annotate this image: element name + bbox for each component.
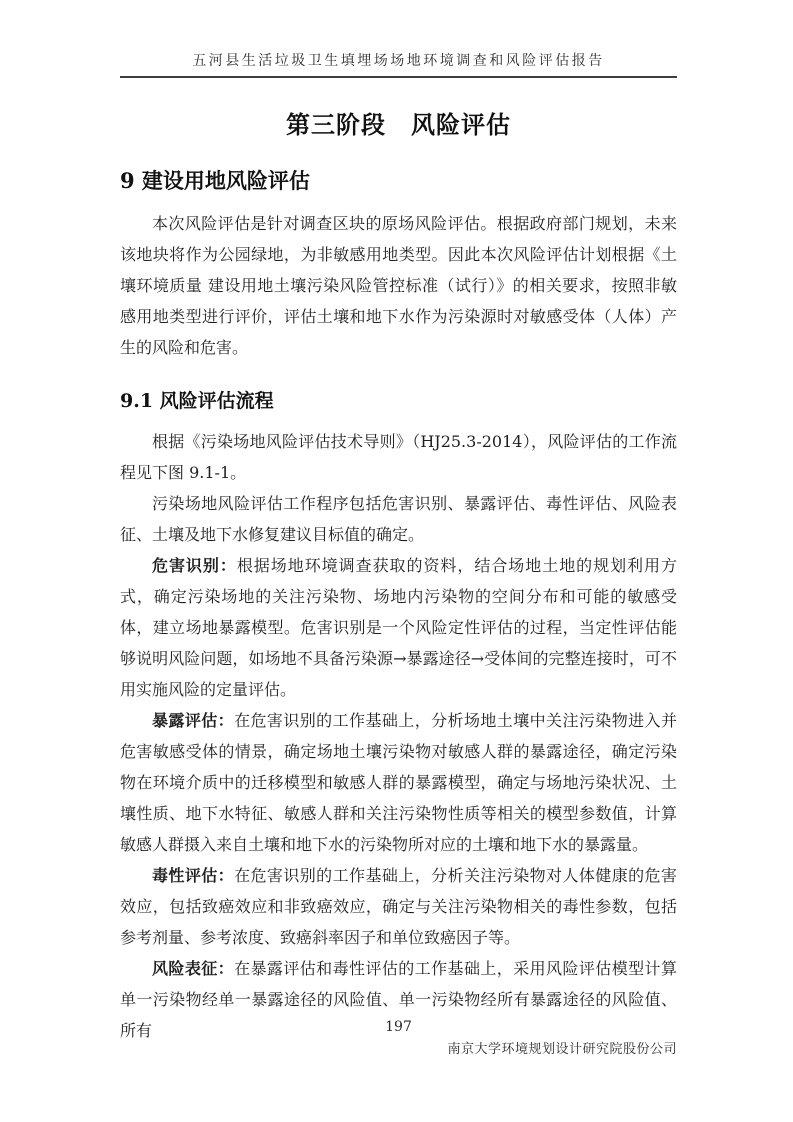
footer-company-name: 南京大学环境规划设计研究院股份公司 (120, 1038, 677, 1057)
page-content: 五河县生活垃圾卫生填埋场场地环境调查和风险评估报告 第三阶段 风险评估 9 建设… (120, 0, 677, 1046)
step-text-exposure-assessment: 在危害识别的工作基础上，分析场地土壤中关注污染物进入并危害敏感受体的情景，确定场… (120, 711, 677, 854)
header-rule (120, 76, 677, 78)
step-label-risk-characterization: 风险表征： (152, 959, 234, 978)
paragraph-program: 污染场地风险评估工作程序包括危害识别、暴露评估、毒性评估、风险表征、土壤及地下水… (120, 488, 677, 550)
paragraph-toxicity-assessment: 毒性评估：在危害识别的工作基础上，分析关注污染物对人体健康的危害效应，包括致癌效… (120, 860, 677, 953)
section-9-intro-paragraph: 本次风险评估是针对调查区块的原场风险评估。根据政府部门规划，未来该地块将作为公园… (120, 208, 677, 363)
section-9-heading: 9 建设用地风险评估 (120, 165, 677, 195)
running-header: 五河县生活垃圾卫生填埋场场地环境调查和风险评估报告 (120, 0, 677, 70)
paragraph-exposure-assessment: 暴露评估：在危害识别的工作基础上，分析场地土壤中关注污染物进入并危害敏感受体的情… (120, 705, 677, 860)
step-label-toxicity-assessment: 毒性评估： (152, 866, 234, 885)
section-9-1-heading: 9.1 风险评估流程 (120, 386, 677, 413)
step-label-hazard-identification: 危害识别： (152, 556, 237, 575)
paragraph-hazard-identification: 危害识别：根据场地环境调查获取的资料，结合场地土地的规划利用方式，确定污染场地的… (120, 550, 677, 705)
step-label-exposure-assessment: 暴露评估： (152, 711, 234, 730)
paragraph-guideline: 根据《污染场地风险评估技术导则》（HJ25.3-2014），风险评估的工作流程见… (120, 426, 677, 488)
document-page: 五河县生活垃圾卫生填埋场场地环境调查和风险评估报告 第三阶段 风险评估 9 建设… (0, 0, 793, 1122)
page-number: 197 (120, 1019, 677, 1035)
step-text-hazard-identification: 根据场地环境调查获取的资料，结合场地土地的规划利用方式，确定污染场地的关注污染物… (120, 556, 677, 699)
stage-title: 第三阶段 风险评估 (120, 105, 677, 140)
